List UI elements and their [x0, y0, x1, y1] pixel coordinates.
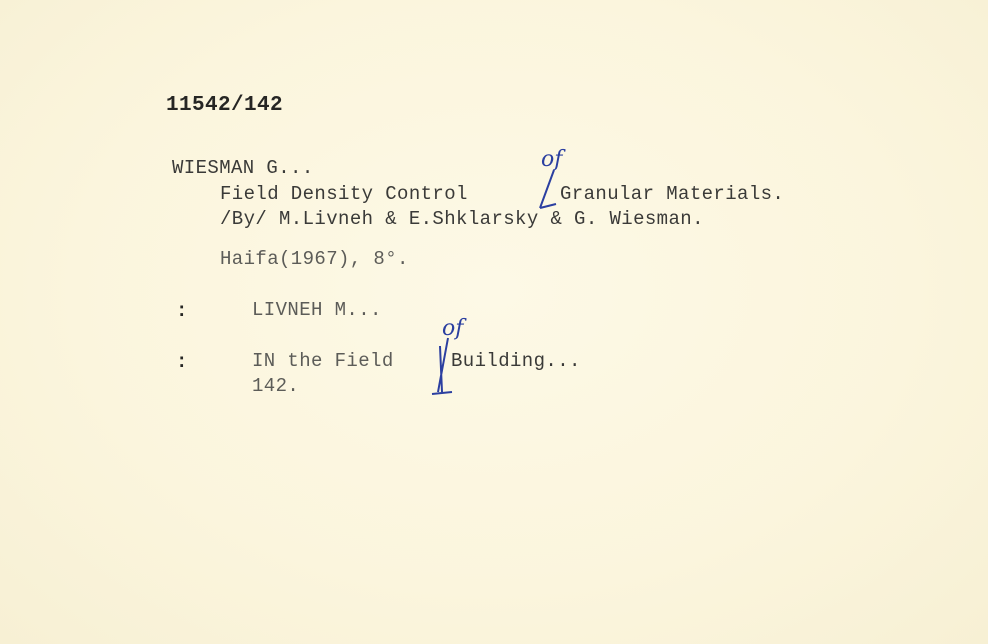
- added-entry-series-start: IN the Field: [252, 350, 394, 372]
- title-line-start: Field Density Control: [220, 183, 468, 205]
- call-number: 11542/142: [166, 94, 283, 117]
- main-entry-heading: WIESMAN G...: [172, 157, 314, 179]
- imprint-line: Haifa(1967), 8°.: [220, 248, 409, 270]
- title-line-end: Granular Materials.: [560, 183, 784, 205]
- authors-line: /By/ M.Livneh & E.Shklarsky & G. Wiesman…: [220, 208, 704, 230]
- catalog-card: 11542/142 WIESMAN G... Field Density Con…: [0, 0, 988, 644]
- added-entry-marker: :: [176, 351, 188, 373]
- added-entry-series-number: 142.: [252, 375, 299, 397]
- added-entry-author: LIVNEH M...: [252, 299, 382, 321]
- added-entry-series-end: Building...: [451, 350, 581, 372]
- added-entry-marker: :: [176, 300, 188, 322]
